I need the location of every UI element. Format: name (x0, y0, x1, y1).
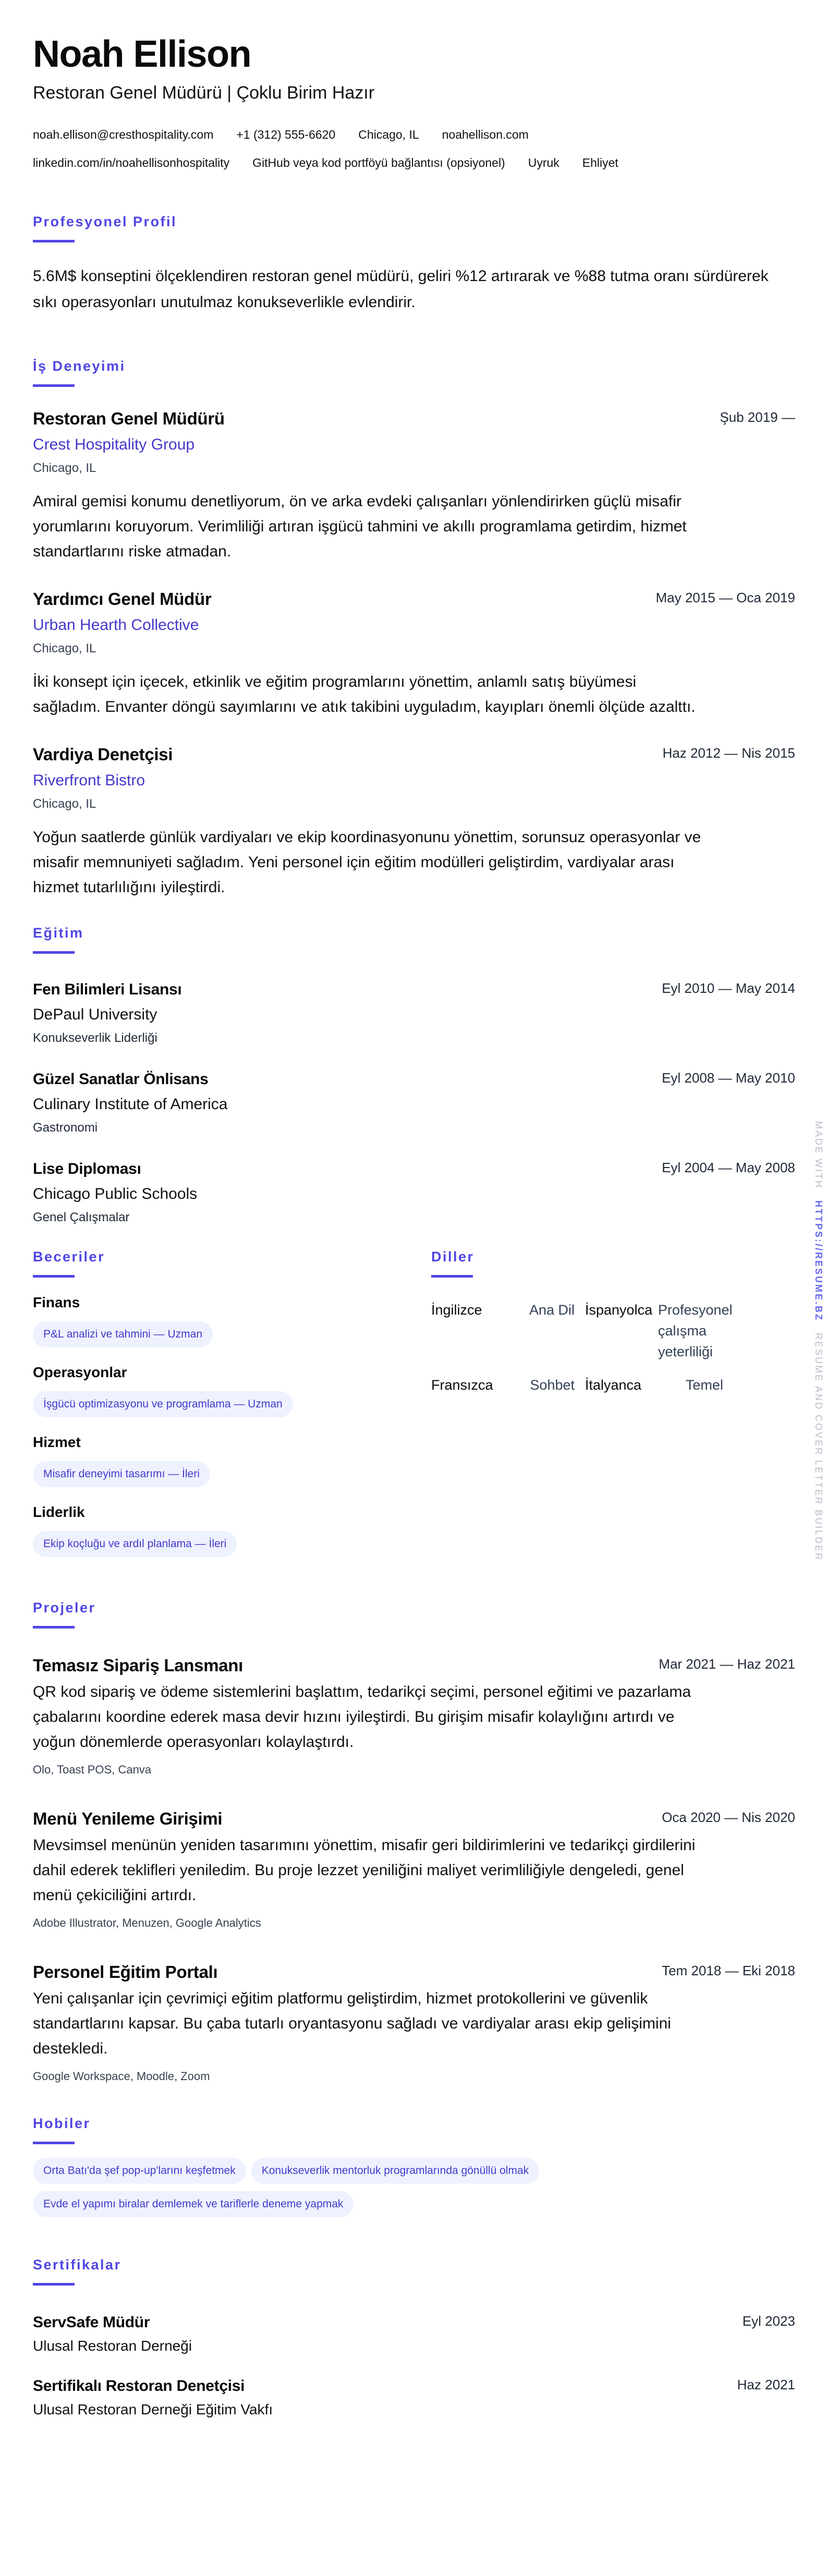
education-dates: Eyl 2004 — May 2008 (662, 1158, 795, 1177)
project-name: Menü Yenileme Girişimi (33, 1808, 222, 1830)
watermark-brand-link[interactable]: HTTPS://RESUME.BZ (813, 1200, 824, 1321)
certification-item: ServSafe Müdür Eyl 2023 Ulusal Restoran … (33, 2312, 795, 2356)
section-divider (33, 240, 75, 242)
project-tech: Google Workspace, Moodle, Zoom (33, 2068, 795, 2085)
degree-name: Güzel Sanatlar Önlisans (33, 1068, 209, 1090)
job-dates: May 2015 — Oca 2019 (656, 588, 795, 607)
candidate-name: Noah Ellison (33, 32, 795, 76)
section-title: Eğitim (33, 924, 795, 942)
certification-date: Eyl 2023 (742, 2312, 795, 2330)
section-title: Hobiler (33, 2115, 795, 2132)
profile-summary: 5.6M$ konseptini ölçeklendiren restoran … (33, 263, 795, 315)
contact-nationality: Uyruk (528, 154, 559, 171)
section-divider (33, 1275, 75, 1278)
school-name: Culinary Institute of America (33, 1093, 795, 1115)
skill-category: Liderlik (33, 1503, 431, 1522)
education-dates: Eyl 2008 — May 2010 (662, 1068, 795, 1087)
skill-category: Operasyonlar (33, 1363, 431, 1382)
section-hobbies: Hobiler Orta Batı'da şef pop-up'larını k… (33, 2115, 795, 2225)
company-name: Urban Hearth Collective (33, 614, 795, 636)
experience-item: Yardımcı Genel Müdür May 2015 — Oca 2019… (33, 588, 795, 720)
contact-driving-license: Ehliyet (582, 154, 618, 171)
job-title: Restoran Genel Müdürü (33, 408, 225, 430)
project-item: Temasız Sipariş Lansmanı Mar 2021 — Haz … (33, 1655, 795, 1779)
section-title: Beceriler (33, 1248, 431, 1266)
project-dates: Mar 2021 — Haz 2021 (659, 1655, 795, 1673)
contact-info: noah.ellison@cresthospitality.com +1 (31… (33, 126, 795, 171)
degree-name: Lise Diploması (33, 1158, 141, 1180)
section-profile: Profesyonel Profil 5.6M$ konseptini ölçe… (33, 213, 795, 315)
company-name: Crest Hospitality Group (33, 434, 795, 456)
language-level: Sohbet (522, 1375, 575, 1395)
hobby-chip: Konukseverlik mentorluk programlarında g… (251, 2158, 539, 2184)
language-name: İspanyolca (585, 1299, 648, 1362)
project-dates: Tem 2018 — Eki 2018 (662, 1961, 795, 1980)
section-experience: İş Deneyimi Restoran Genel Müdürü Şub 20… (33, 357, 795, 900)
section-skills: Beceriler Finans P&L analizi ve tahmini … (33, 1248, 431, 1573)
language-name: Fransızca (431, 1375, 512, 1395)
section-title: Sertifikalar (33, 2256, 795, 2274)
job-title: Yardımcı Genel Müdür (33, 588, 211, 610)
job-location: Chicago, IL (33, 795, 795, 813)
languages-list: İngilizce Ana Dil İspanyolca Profesyonel… (431, 1299, 795, 1395)
section-divider (33, 1626, 75, 1629)
builder-watermark: MADE WITH HTTPS://RESUME.BZ RESUME AND C… (813, 1121, 824, 1561)
job-description: Amiral gemisi konumu denetliyorum, ön ve… (33, 489, 705, 564)
certification-name: Sertifikalı Restoran Denetçisi (33, 2375, 245, 2397)
skill-category: Finans (33, 1293, 431, 1312)
certification-date: Haz 2021 (737, 2375, 795, 2394)
project-description: Mevsimsel menünün yeniden tasarımını yön… (33, 1833, 705, 1908)
job-dates: Haz 2012 — Nis 2015 (663, 744, 795, 762)
skill-chip: Misafir deneyimi tasarımı — İleri (33, 1461, 210, 1487)
section-certifications: Sertifikalar ServSafe Müdür Eyl 2023 Ulu… (33, 2256, 795, 2420)
section-education: Eğitim Fen Bilimleri Lisansı Eyl 2010 — … (33, 924, 795, 1227)
field-of-study: Konukseverlik Liderliği (33, 1029, 795, 1048)
experience-item: Restoran Genel Müdürü Şub 2019 — Crest H… (33, 408, 795, 564)
skill-group: Hizmet Misafir deneyimi tasarımı — İleri (33, 1433, 431, 1487)
field-of-study: Gastronomi (33, 1119, 795, 1137)
school-name: DePaul University (33, 1004, 795, 1026)
contact-row-primary: noah.ellison@cresthospitality.com +1 (31… (33, 126, 795, 143)
education-item: Güzel Sanatlar Önlisans Eyl 2008 — May 2… (33, 1068, 795, 1137)
skill-group: Finans P&L analizi ve tahmini — Uzman (33, 1293, 431, 1347)
skill-chip: P&L analizi ve tahmini — Uzman (33, 1321, 213, 1347)
hobbies-list: Orta Batı'da şef pop-up'larını keşfetmek… (33, 2158, 795, 2225)
language-name: İtalyanca (585, 1375, 648, 1395)
certification-item: Sertifikalı Restoran Denetçisi Haz 2021 … (33, 2375, 795, 2420)
skills-languages-row: Beceriler Finans P&L analizi ve tahmini … (33, 1248, 795, 1573)
skill-chip: Ekip koçluğu ve ardıl planlama — İleri (33, 1531, 237, 1557)
job-description: Yoğun saatlerde günlük vardiyaları ve ek… (33, 825, 705, 900)
hobby-chip: Evde el yapımı biralar demlemek ve tarif… (33, 2191, 354, 2217)
section-divider (33, 2142, 75, 2144)
degree-name: Fen Bilimleri Lisansı (33, 979, 181, 1001)
section-divider (33, 2283, 75, 2286)
project-item: Menü Yenileme Girişimi Oca 2020 — Nis 20… (33, 1808, 795, 1932)
contact-email[interactable]: noah.ellison@cresthospitality.com (33, 126, 213, 143)
language-name: İngilizce (431, 1299, 512, 1362)
contact-linkedin[interactable]: linkedin.com/in/noahellisonhospitality (33, 154, 229, 171)
section-divider (431, 1275, 473, 1278)
job-location: Chicago, IL (33, 639, 795, 658)
section-projects: Projeler Temasız Sipariş Lansmanı Mar 20… (33, 1599, 795, 2085)
project-tech: Adobe Illustrator, Menuzen, Google Analy… (33, 1914, 795, 1932)
education-item: Fen Bilimleri Lisansı Eyl 2010 — May 201… (33, 979, 795, 1048)
contact-website[interactable]: noahellison.com (442, 126, 529, 143)
project-dates: Oca 2020 — Nis 2020 (662, 1808, 795, 1827)
project-item: Personel Eğitim Portalı Tem 2018 — Eki 2… (33, 1961, 795, 2085)
contact-phone[interactable]: +1 (312) 555-6620 (236, 126, 335, 143)
contact-location: Chicago, IL (358, 126, 419, 143)
certification-issuer: Ulusal Restoran Derneği Eğitim Vakfı (33, 2399, 795, 2420)
education-item: Lise Diploması Eyl 2004 — May 2008 Chica… (33, 1158, 795, 1227)
section-title: İş Deneyimi (33, 357, 795, 375)
contact-github[interactable]: GitHub veya kod portföyü bağlantısı (ops… (252, 154, 505, 171)
education-dates: Eyl 2010 — May 2014 (662, 979, 795, 998)
watermark-prefix: MADE WITH (813, 1121, 824, 1189)
project-description: Yeni çalışanlar için çevrimiçi eğitim pl… (33, 1986, 705, 2061)
certification-name: ServSafe Müdür (33, 2312, 150, 2334)
company-name: Riverfront Bistro (33, 770, 795, 792)
project-name: Temasız Sipariş Lansmanı (33, 1655, 243, 1676)
section-divider (33, 384, 75, 387)
language-level: Temel (658, 1375, 723, 1395)
project-name: Personel Eğitim Portalı (33, 1961, 217, 1983)
project-description: QR kod sipariş ve ödeme sistemlerini baş… (33, 1680, 705, 1755)
job-location: Chicago, IL (33, 459, 795, 478)
job-title: Vardiya Denetçisi (33, 744, 173, 765)
skill-category: Hizmet (33, 1433, 431, 1452)
resume-header: Noah Ellison Restoran Genel Müdürü | Çok… (33, 32, 795, 171)
experience-item: Vardiya Denetçisi Haz 2012 — Nis 2015 Ri… (33, 744, 795, 900)
project-tech: Olo, Toast POS, Canva (33, 1761, 795, 1779)
job-description: İki konsept için içecek, etkinlik ve eği… (33, 670, 705, 720)
field-of-study: Genel Çalışmalar (33, 1208, 795, 1227)
section-title: Projeler (33, 1599, 795, 1617)
contact-row-secondary: linkedin.com/in/noahellisonhospitality G… (33, 154, 795, 171)
section-title: Diller (431, 1248, 795, 1266)
section-divider (33, 951, 75, 954)
skill-chip: İşgücü optimizasyonu ve programlama — Uz… (33, 1391, 293, 1417)
watermark-suffix: RESUME AND COVER LETTER BUILDER (813, 1333, 824, 1561)
school-name: Chicago Public Schools (33, 1183, 795, 1205)
certification-issuer: Ulusal Restoran Derneği (33, 2336, 795, 2356)
language-level: Ana Dil (522, 1299, 575, 1362)
skill-group: Liderlik Ekip koçluğu ve ardıl planlama … (33, 1503, 431, 1557)
resume-page: Noah Ellison Restoran Genel Müdürü | Çok… (0, 0, 828, 2470)
candidate-headline: Restoran Genel Müdürü | Çoklu Birim Hazı… (33, 81, 795, 104)
skill-group: Operasyonlar İşgücü optimizasyonu ve pro… (33, 1363, 431, 1417)
section-title: Profesyonel Profil (33, 213, 795, 230)
language-level: Profesyonel çalışma yeterliliği (658, 1299, 723, 1362)
job-dates: Şub 2019 — (720, 408, 795, 427)
section-languages: Diller İngilizce Ana Dil İspanyolca Prof… (431, 1248, 795, 1573)
hobby-chip: Orta Batı'da şef pop-up'larını keşfetmek (33, 2158, 246, 2184)
